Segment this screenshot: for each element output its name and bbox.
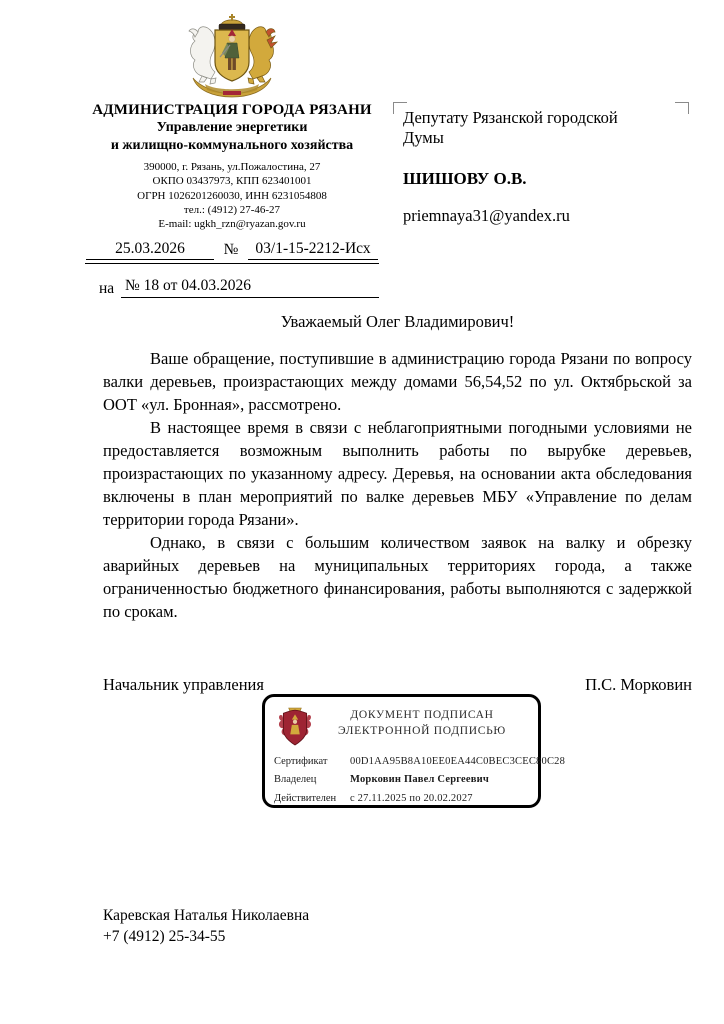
paragraph-1: Ваше обращение, поступившие в администра… <box>103 347 692 416</box>
address-zone-corner-right <box>675 102 689 114</box>
letter-number: 03/1-15-2212-Исх <box>248 240 378 260</box>
validity-value: с 27.11.2025 по 20.02.2027 <box>350 790 528 808</box>
salutation: Уважаемый Олег Владимирович! <box>103 312 692 332</box>
department-line-1: Управление энергетики <box>85 119 379 137</box>
validity-row: Действителен с 27.11.2025 по 20.02.2027 <box>274 790 528 808</box>
signature-row: Начальник управления П.С. Морковин <box>103 675 692 695</box>
official-letter-page: АДМИНИСТРАЦИЯ ГОРОДА РЯЗАНИ Управление э… <box>0 0 724 1024</box>
recipient-name: ШИШОВУ О.В. <box>403 169 695 189</box>
validity-label: Действителен <box>274 790 350 808</box>
owner-row: Владелец Морковин Павел Сергеевич <box>274 771 528 789</box>
recipient-title: Депутату Рязанской городской Думы <box>403 108 653 148</box>
org-ogrn-inn: ОГРН 1026201260030, ИНН 6231054808 <box>85 189 379 203</box>
stamp-title-line-1: ДОКУМЕНТ ПОДПИСАН <box>316 708 528 724</box>
stamp-details: Сертификат 00D1AA95B8A10EE0EA44C0BEC3CEC… <box>274 753 528 808</box>
paragraph-3: Однако, в связи с большим количеством за… <box>103 531 692 623</box>
org-address: 390000, г. Рязань, ул.Пожалостина, 27 <box>85 160 379 174</box>
outgoing-date-number-row: 25.03.2026 № 03/1-15-2212-Исх <box>85 240 379 260</box>
signer-name: П.С. Морковин <box>585 675 692 695</box>
ryazan-region-arms-icon <box>276 704 314 750</box>
address-zone-corner-left <box>393 102 407 114</box>
executor-phone: +7 (4912) 25-34-55 <box>103 927 309 948</box>
org-okpo-kpp: ОКПО 03437973, КПП 623401001 <box>85 174 379 188</box>
owner-value: Морковин Павел Сергеевич <box>350 771 528 789</box>
electronic-signature-stamp: ДОКУМЕНТ ПОДПИСАН ЭЛЕКТРОННОЙ ПОДПИСЬЮ С… <box>262 694 541 808</box>
signer-position: Начальник управления <box>103 675 264 695</box>
stamp-title: ДОКУМЕНТ ПОДПИСАН ЭЛЕКТРОННОЙ ПОДПИСЬЮ <box>316 708 528 739</box>
reply-reference-row: на № 18 от 04.03.2026 <box>85 277 379 298</box>
reply-prefix: на <box>85 280 121 298</box>
reply-reference: № 18 от 04.03.2026 <box>121 277 379 298</box>
number-sign: № <box>214 241 248 260</box>
certificate-label: Сертификат <box>274 753 350 771</box>
owner-label: Владелец <box>274 771 350 789</box>
certificate-row: Сертификат 00D1AA95B8A10EE0EA44C0BEC3CEC… <box>274 753 528 771</box>
letter-date: 25.03.2026 <box>86 240 214 260</box>
recipient-email: priemnaya31@yandex.ru <box>403 206 695 226</box>
separator-line <box>85 263 379 264</box>
ryazan-coat-of-arms-icon <box>171 12 293 100</box>
letter-body: Ваше обращение, поступившие в администра… <box>103 347 692 623</box>
org-phone: тел.: (4912) 27-46-27 <box>85 203 379 217</box>
executor-contact: Каревская Наталья Николаевна +7 (4912) 2… <box>103 906 309 948</box>
stamp-header: ДОКУМЕНТ ПОДПИСАН ЭЛЕКТРОННОЙ ПОДПИСЬЮ <box>274 702 528 750</box>
org-email: E-mail: ugkh_rzn@ryazan.gov.ru <box>85 217 379 231</box>
stamp-title-line-2: ЭЛЕКТРОННОЙ ПОДПИСЬЮ <box>316 724 528 740</box>
recipient-block: Депутату Рязанской городской Думы ШИШОВУ… <box>393 100 695 226</box>
letterhead: АДМИНИСТРАЦИЯ ГОРОДА РЯЗАНИ Управление э… <box>85 12 379 298</box>
executor-name: Каревская Наталья Николаевна <box>103 906 309 927</box>
department-line-2: и жилищно-коммунального хозяйства <box>85 137 379 155</box>
paragraph-2: В настоящее время в связи с неблагоприят… <box>103 416 692 531</box>
organization-name: АДМИНИСТРАЦИЯ ГОРОДА РЯЗАНИ <box>85 102 379 119</box>
certificate-value: 00D1AA95B8A10EE0EA44C0BEC3CEC80C28 <box>350 753 565 771</box>
